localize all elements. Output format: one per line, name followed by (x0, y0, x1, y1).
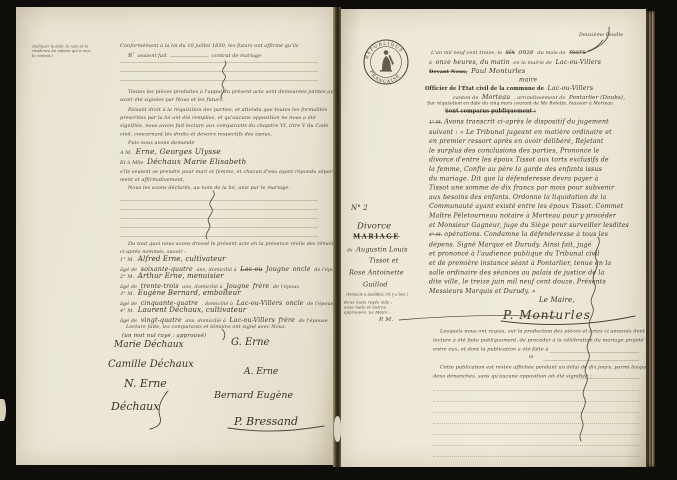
margin-bride-surname: Guillod (363, 281, 388, 289)
right-page: Deuxième Feuille RÉPUBLIQUE FRANÇAISE (341, 9, 646, 467)
pieces-paragraph: Toutes les pièces produites à l'appui du… (120, 88, 334, 104)
witness-number: 3° M. (120, 291, 134, 297)
divorce-handwritten: Divorce (357, 221, 391, 231)
judgment-line: Messieurs Marquis et Durudy. » (429, 286, 646, 295)
signature: Camille Déchaux (108, 359, 194, 370)
signature: N. Erne (124, 377, 167, 390)
printed-spouse-label: de l'époux (273, 284, 299, 290)
printed-age-label: âgé de (120, 318, 137, 324)
struck-month-handwritten: mars (569, 48, 586, 56)
book-binding-gutter (333, 7, 341, 467)
witness-name-handwritten: Laurent Déchaux, cultivateur (138, 306, 246, 314)
margin-bride-name: Rose Antoinette (349, 269, 404, 277)
judgment-line: salle ordinaire des séances au palais de… (429, 268, 646, 277)
contract-clause-line2: n' avaient fait contrat de mariage (128, 51, 261, 59)
renvoi-paren-flourish (222, 329, 225, 340)
month-correction-flourish (584, 27, 609, 53)
devant-nous-line: Devant Nous, Paul Monturles (429, 67, 525, 75)
judgment-line: la femme, Confie au père la garde des en… (429, 164, 646, 173)
judgment-line: aux besoins des enfants. Ordonne la liqu… (429, 192, 646, 201)
requisition-paragraph: Faisant droit à la réquisition des parti… (120, 106, 329, 138)
printed-a: à (429, 60, 432, 66)
blank-rule (433, 401, 639, 402)
witness-name-handwritten: Arthur Erne, menuisier (138, 272, 224, 280)
witness-4-name-line: 4° M. Laurent Déchaux, cultivateur (120, 306, 246, 314)
paragraph-line: ment et affirmativement, (120, 176, 334, 184)
judgment-line: du mariage. Dit que la défenderesse devr… (429, 174, 646, 183)
printed-du-mois: du mois de (537, 50, 565, 56)
blank-rule (120, 71, 318, 72)
judgment-line: Maître Péletourneau notaire à Morteau po… (429, 211, 646, 220)
lecture-faite-line: Lecture faite, les comparants et témoins… (126, 324, 286, 330)
mayor-signature: P. Monturles (503, 308, 591, 322)
renvoi-note-handwritten: (un mot nul rayé ; approuvé) (122, 332, 206, 339)
blank-rule (120, 80, 318, 81)
printed-avaient-fait: avaient fait (138, 53, 167, 59)
puis-nous-avons-demande: Puis nous avons demandé (128, 140, 195, 146)
signature: Déchaux (111, 400, 159, 413)
paragraph-line: prescrites par la loi ont été remplies, … (120, 114, 329, 122)
correction-note-line: approuvés. Le Maire ; (344, 310, 392, 315)
blank-rule (433, 412, 639, 413)
judgment-line: et prononcé à l'audience publique du Tri… (429, 249, 646, 258)
struck-form-token: 1° M. (429, 120, 442, 126)
margin-groom-surname: Tissot et (369, 257, 398, 265)
printed-lan: L'an mil neuf cent treize, le (431, 50, 502, 56)
blank-rule (433, 456, 639, 457)
judgment-line: 4° M. opérations. Condamne la défenderes… (429, 230, 646, 240)
officer-title-handwritten: maire (519, 76, 537, 83)
margin-instruction-note: (Indiquer la date, le nom et la résidenc… (32, 44, 117, 58)
judgment-line: Communauté ayant existé entre les époux … (429, 202, 646, 211)
witness-4-detail-line: âgé de vingt-quatre ans, domicilié à Lac… (120, 316, 328, 324)
judgment-line: et Monsieur Gagneur, juge du Siège pour … (429, 220, 646, 229)
groom-line: A M. Erne, Georges Ulysse (120, 147, 221, 156)
judgment-line: divorce d'entre les époux Tissot aux tor… (429, 155, 646, 164)
printed-contrat: contrat de mariage (212, 53, 262, 59)
act-number: N° 2 (351, 204, 368, 212)
margin-groom-name: Augustin Louis (356, 246, 407, 254)
witness-relation-handwritten: oncle (293, 265, 311, 273)
struck-place-handwritten: Lac-ou (240, 265, 262, 273)
paragraph-line: avoir été signées par Nous et les futurs… (120, 96, 334, 104)
canton-handwritten: Morteau (482, 93, 510, 101)
day-handwritten: onze (518, 48, 533, 56)
commune-handwritten: Lac-ou-Villers (548, 84, 594, 92)
judgment-transcription: 1° M. Avons transcrit ci-après le dispos… (429, 117, 646, 296)
sheet-note-flourish (588, 40, 603, 51)
paragraph-line: deux dimanches, sans qu'aucune oppositio… (433, 372, 646, 381)
paragraph-line: s'ils veulent se prendre pour mari et fe… (120, 168, 334, 176)
paper-curl-gutter (334, 416, 341, 442)
struck-form-token: 4° M. (429, 232, 442, 238)
declaration-line: Nous les avons déclarés, au nom de la lo… (128, 185, 290, 191)
printed-a-m: A M. (120, 150, 132, 156)
left-page: (Indiquer la date, le nom et la résidenc… (16, 7, 334, 465)
sheet-number-note: Deuxième Feuille (579, 32, 623, 38)
blank-rule (120, 236, 318, 237)
printed-devant-nous: Devant Nous, (429, 69, 468, 75)
canton-line: canton de Morteau , arrondissement de Po… (453, 93, 625, 101)
arrondissement-handwritten: Pontarlier (Doubs), (569, 94, 625, 101)
consent-paragraph: s'ils veulent se prendre pour mari et fe… (120, 168, 334, 184)
judgment-text: opérations. Condamne la défenderesse à t… (444, 230, 608, 238)
judgment-text: Avons transcrit ci-après le dispositif d… (444, 118, 609, 126)
blank-squiggle (206, 191, 214, 239)
paragraph-line: signifiée, nous avons fait lecture aux c… (120, 122, 329, 130)
stamp-seated-figure (380, 50, 394, 71)
blank-rule (120, 209, 318, 210)
scanned-register-spread: (Indiquer la date, le nom et la résidenc… (0, 0, 677, 480)
blank-fill-line (170, 52, 208, 57)
printed-mairie: en la mairie de (513, 60, 552, 66)
blank-rule (120, 200, 318, 201)
printed-canton-label: canton de (453, 95, 478, 101)
signature: G. Erne (231, 337, 269, 348)
witness-number: 4° M. (120, 308, 134, 314)
judgment-line: dépens. Signé Marque et Durudy. Ainsi fa… (429, 240, 646, 249)
commune-handwritten: Lac-ou-Villers (556, 58, 602, 66)
page-edge-stack (646, 11, 655, 467)
witness-number: 2° M. (120, 274, 134, 280)
printed-et-a-mlle: Et à Mlle (120, 160, 144, 166)
printed-arrondissement-label: , arrondissement de (514, 95, 566, 101)
blank-rule (120, 218, 318, 219)
witness-relation-handwritten: frère (279, 316, 296, 324)
printed-spouse-label: de l'épouse (299, 318, 328, 324)
handwritten-negation: n' (128, 51, 134, 59)
judgment-line: dite ville, le treize juin mil neuf cent… (429, 277, 646, 286)
time-handwritten: onze heures, du matin (436, 58, 510, 66)
witness-place-handwritten: Jougne (266, 265, 289, 273)
blank-rule (433, 423, 639, 424)
blank-rule (549, 352, 639, 353)
paragraph-line: Cette publication est restée affichée pe… (433, 363, 646, 372)
blank-rule (581, 378, 639, 379)
witness-age-handwritten: vingt-quatre (141, 316, 182, 324)
witness-number: 1° M. (120, 257, 134, 263)
printed-spouse-label: de l'épouse (307, 301, 334, 307)
printed-de: de (347, 248, 353, 253)
formule-note: (Formule à modifier, s'il y a lieu.) (346, 292, 408, 297)
judgment-line: en premier ressort après en avoir délibé… (429, 137, 646, 146)
paragraph-line: Toutes les pièces produites à l'appui du… (120, 88, 334, 96)
witness-place-handwritten: Lac-ou-Villers (229, 316, 275, 324)
struck-day-handwritten: six (506, 48, 515, 56)
witness-3-name-line: 3° M. Eugène Bernard, emboîteur (120, 289, 241, 297)
blank-rule (120, 62, 318, 63)
blank-rule (543, 360, 639, 361)
witness-name-handwritten: Eugène Bernard, emboîteur (138, 289, 241, 297)
mariage-printed-struck: MARIAGE (353, 233, 400, 241)
margin-note-line: le contrat.) (32, 53, 117, 58)
date-line: L'an mil neuf cent treize, le six onze d… (431, 48, 586, 56)
signature: Bernard Eugène (214, 390, 293, 401)
witness-relation-handwritten: frère (253, 282, 270, 290)
groom-name-handwritten: Erne, Georges Ulysse (136, 147, 221, 156)
signature: A. Erne (244, 367, 278, 377)
mayor-paraph-initials: P. M. (379, 316, 393, 323)
paper-curl-left-edge (0, 399, 6, 421)
judgment-line: suivant : « Le Tribunal jugeant en matiè… (429, 127, 646, 136)
witness-1-name-line: 1° M. Alfred Erne, cultivateur (120, 255, 226, 263)
witness-relation-handwritten: oncle (286, 299, 304, 307)
officier-etat-civil-line: Officier de l'État civil de la commune d… (425, 84, 593, 92)
judgment-line: Tissot une somme de dix francs par mois … (429, 183, 646, 192)
signature: Marie Déchaux (114, 340, 184, 350)
margin-groom-line: de Augustin Louis (347, 246, 408, 254)
printed-spouse-label: de l'époux (314, 267, 334, 273)
judgment-line: et de première instance séant à Pontarli… (429, 258, 646, 267)
printed-domicile-label: ans, domicilié à (185, 318, 225, 324)
time-line: à onze heures, du matin en la mairie de … (429, 58, 601, 66)
republique-francaise-stamp: RÉPUBLIQUE FRANÇAISE (361, 37, 411, 87)
sont-comparus-struck: Sont comparus publiquement : (445, 108, 536, 114)
witness-2-name-line: 2° M. Arthur Erne, menuisier (120, 272, 224, 280)
paragraph-line: lecture a été faite publiquement, de pro… (433, 336, 646, 345)
signature-officiant: P. Bressand (234, 415, 298, 428)
paragraph-line: Lesquels nous ont requis, sur la product… (433, 327, 646, 336)
judgment-line: le surplus des conclusions des parties, … (429, 146, 646, 155)
paragraph-line: Du tout quoi nous avons dressé le présen… (120, 240, 334, 248)
bride-name-handwritten: Déchaux Marie Elisabeth (147, 157, 246, 166)
requisition-interline-note: Sur réquisition en date du cinq mars cou… (427, 101, 613, 106)
blank-rule (120, 227, 318, 228)
paragraph-line: Faisant droit à la réquisition des parti… (120, 106, 329, 114)
blank-rule (433, 390, 639, 391)
officer-name-handwritten: Paul Monturles (471, 67, 525, 75)
printed-officier-line: Officier de l'État civil de la commune d… (425, 86, 544, 92)
contract-clause-line1: Conformément à la loi du 10 juillet 1850… (120, 43, 299, 49)
paragraph-line: civil, concernant les droits et devoirs … (120, 130, 329, 138)
bride-line: Et à Mlle Déchaux Marie Elisabeth (120, 157, 247, 166)
blank-rule (433, 445, 639, 446)
margin-correction-note: Deux mots rayés nuls ; onze mots et autr… (344, 300, 392, 315)
printed-le-label: le (529, 354, 534, 360)
le-maire-handwritten: Le Maire, (539, 296, 575, 304)
witness-name-handwritten: Alfred Erne, cultivateur (138, 255, 226, 263)
requis-paragraph: Lesquels nous ont requis, sur la product… (433, 327, 646, 354)
judgment-line: 1° M. Avons transcrit ci-après le dispos… (429, 117, 646, 127)
witnesses-intro: Du tout quoi nous avons dressé le présen… (120, 240, 334, 256)
blank-rule (433, 434, 639, 435)
